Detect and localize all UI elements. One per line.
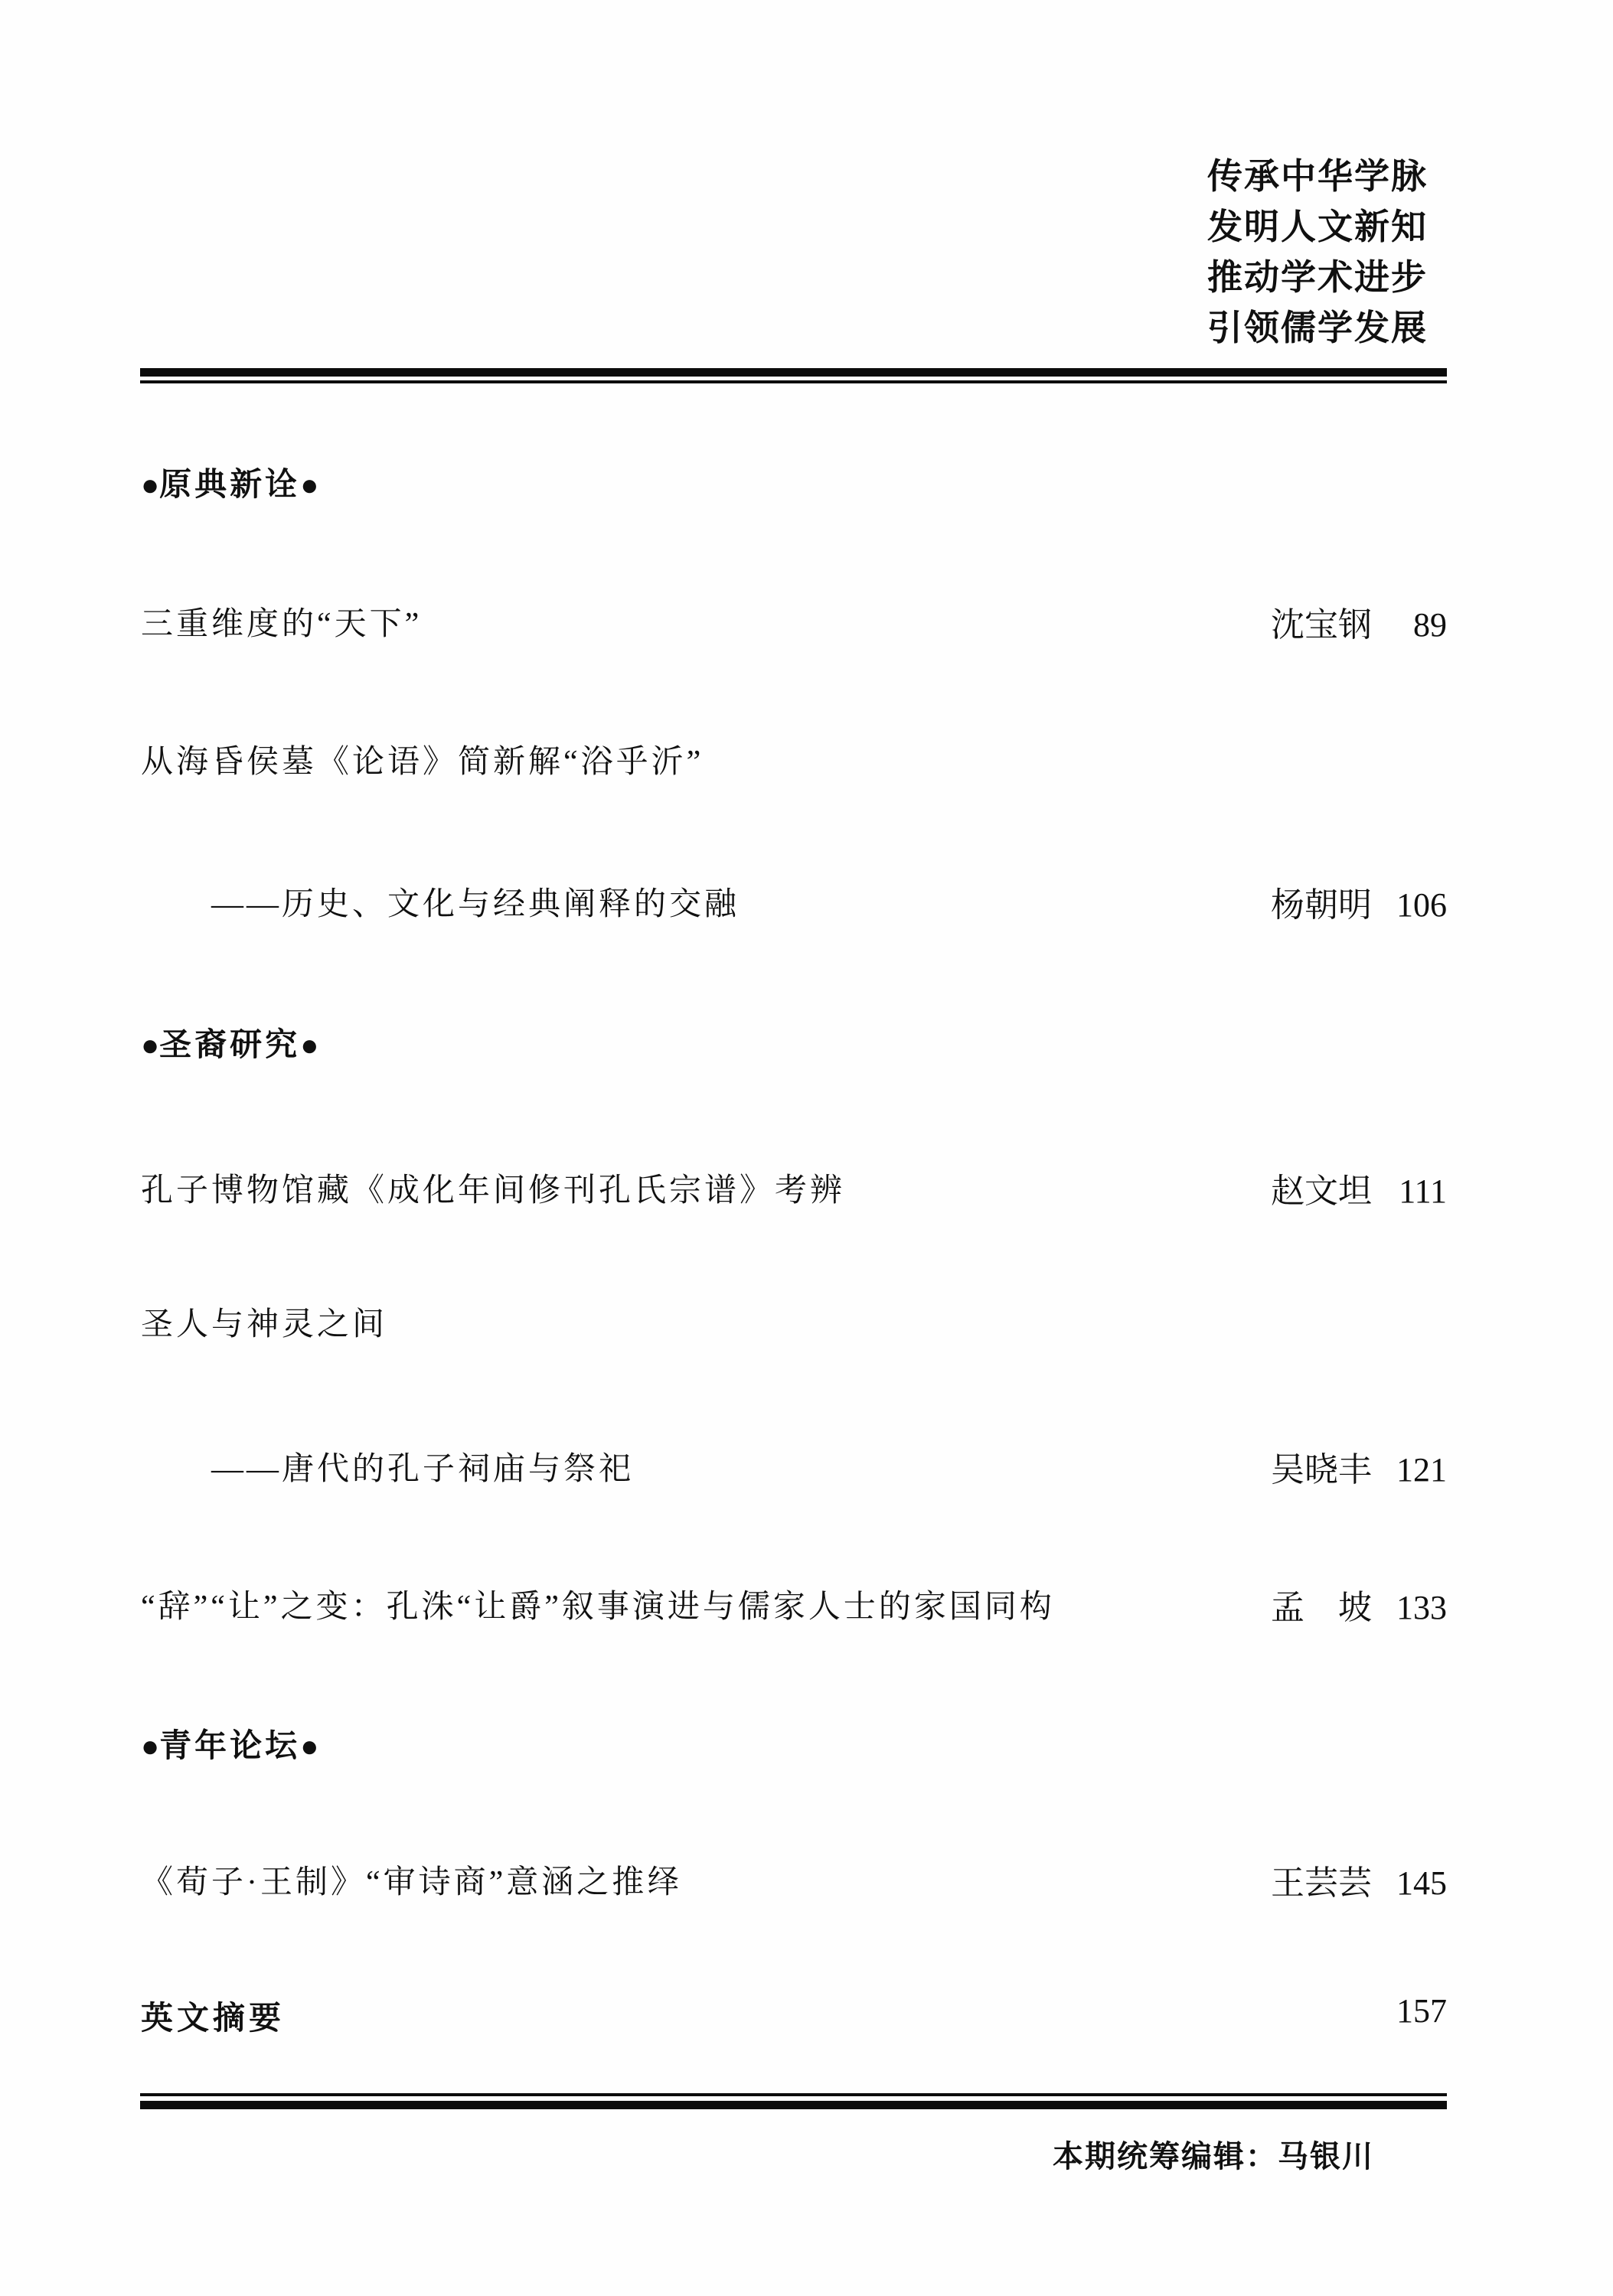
entry-title: 从海昏侯墓《论语》简新解“浴乎沂” [141, 745, 704, 780]
motto-block: 传承中华学脉 发明人文新知 推动学术进步 引领儒学发展 [1207, 152, 1428, 354]
entry-author: 吴晓丰 [1271, 1442, 1372, 1491]
toc-entry-english-abstracts: 英文摘要 157 [141, 1993, 1447, 2036]
toc-entry: 《荀子·王制》“审诗商”意涵之推绎 王芸芸 145 [141, 1857, 1447, 1900]
motto-line: 推动学术进步 [1207, 253, 1428, 303]
section-header-qingnian-luntan: ●青年论坛● [141, 1720, 1447, 1763]
section-bullet-icon: ● [300, 468, 318, 502]
entry-page-number: 106 [1396, 885, 1447, 925]
toc-entry: 圣人与神灵之间 [141, 1299, 1447, 1342]
entry-page-number: 121 [1396, 1450, 1447, 1489]
section-header-shengyi-yanjiu: ●圣裔研究● [141, 1019, 1447, 1062]
rule-thick-bar [140, 2101, 1447, 2109]
entry-page-number: 89 [1413, 605, 1447, 644]
entry-title: 英文摘要 [141, 2000, 285, 2036]
entry-page-number: 133 [1396, 1588, 1447, 1627]
entry-title: “辞”“让”之变：孔洙“让爵”叙事演进与儒家人士的家国同构 [141, 1590, 1055, 1625]
entry-byline: 157 [1271, 1991, 1447, 2030]
entry-author: 沈宝钢 [1271, 597, 1372, 646]
entry-author: 杨朝明 [1271, 877, 1372, 926]
motto-line: 传承中华学脉 [1207, 152, 1428, 202]
entry-byline: 王芸芸 145 [1271, 1855, 1447, 1904]
rule-thick-bar [140, 368, 1447, 377]
toc-entry: 从海昏侯墓《论语》简新解“浴乎沂” [141, 736, 1447, 779]
rule-thin-bar [140, 380, 1447, 383]
top-double-rule [140, 368, 1447, 383]
section-bullet-icon: ● [141, 1029, 159, 1062]
entry-byline: 杨朝明 106 [1271, 877, 1447, 926]
toc-entry: 孔子博物馆藏《成化年间修刊孔氏宗谱》考辨 赵文坦 111 [141, 1165, 1447, 1208]
entry-title: 圣人与神灵之间 [141, 1307, 387, 1342]
motto-line: 引领儒学发展 [1207, 303, 1428, 354]
toc-entry: 三重维度的“天下” 沈宝钢 89 [141, 598, 1447, 641]
bottom-double-rule [140, 2093, 1447, 2109]
entry-author: 赵文坦 [1271, 1163, 1372, 1212]
entry-byline: 沈宝钢 89 [1271, 597, 1447, 646]
entry-title: 三重维度的“天下” [141, 607, 422, 642]
section-label: 圣裔研究 [159, 1026, 300, 1062]
section-header-yuandian-xinquan: ●原典新诠● [141, 459, 1447, 502]
journal-toc-page: 传承中华学脉 发明人文新知 推动学术进步 引领儒学发展 ●原典新诠● 三重维度的… [0, 0, 1613, 2296]
section-label: 青年论坛 [159, 1727, 300, 1763]
toc-entry-subtitle: ——唐代的孔子祠庙与祭祀 吴晓丰 121 [141, 1443, 1447, 1486]
toc-entry-subtitle: ——历史、文化与经典阐释的交融 杨朝明 106 [141, 879, 1447, 921]
section-bullet-icon: ● [300, 1730, 318, 1763]
toc-entry: “辞”“让”之变：孔洙“让爵”叙事演进与儒家人士的家国同构 孟 坡 133 [141, 1581, 1447, 1624]
entry-author: 孟 坡 [1271, 1580, 1372, 1629]
motto-line: 发明人文新知 [1207, 202, 1428, 253]
section-bullet-icon: ● [141, 468, 159, 502]
entry-byline: 赵文坦 111 [1271, 1163, 1447, 1212]
entry-page-number: 145 [1396, 1864, 1447, 1903]
section-label: 原典新诠 [159, 466, 300, 502]
entry-byline: 孟 坡 133 [1271, 1580, 1447, 1629]
section-bullet-icon: ● [300, 1029, 318, 1062]
entry-page-number: 111 [1399, 1172, 1447, 1211]
entry-byline: 吴晓丰 121 [1271, 1442, 1447, 1491]
entry-title: 《荀子·王制》“审诗商”意涵之推绎 [141, 1865, 682, 1900]
entry-author: 王芸芸 [1271, 1855, 1372, 1904]
issue-editor-credit: 本期统筹编辑：马银川 [1053, 2132, 1374, 2176]
entry-subtitle: ——历史、文化与经典阐释的交融 [141, 887, 740, 922]
entry-page-number: 157 [1396, 1991, 1447, 2030]
entry-subtitle: ——唐代的孔子祠庙与祭祀 [141, 1452, 634, 1487]
section-bullet-icon: ● [141, 1730, 159, 1763]
entry-title: 孔子博物馆藏《成化年间修刊孔氏宗谱》考辨 [141, 1173, 845, 1208]
